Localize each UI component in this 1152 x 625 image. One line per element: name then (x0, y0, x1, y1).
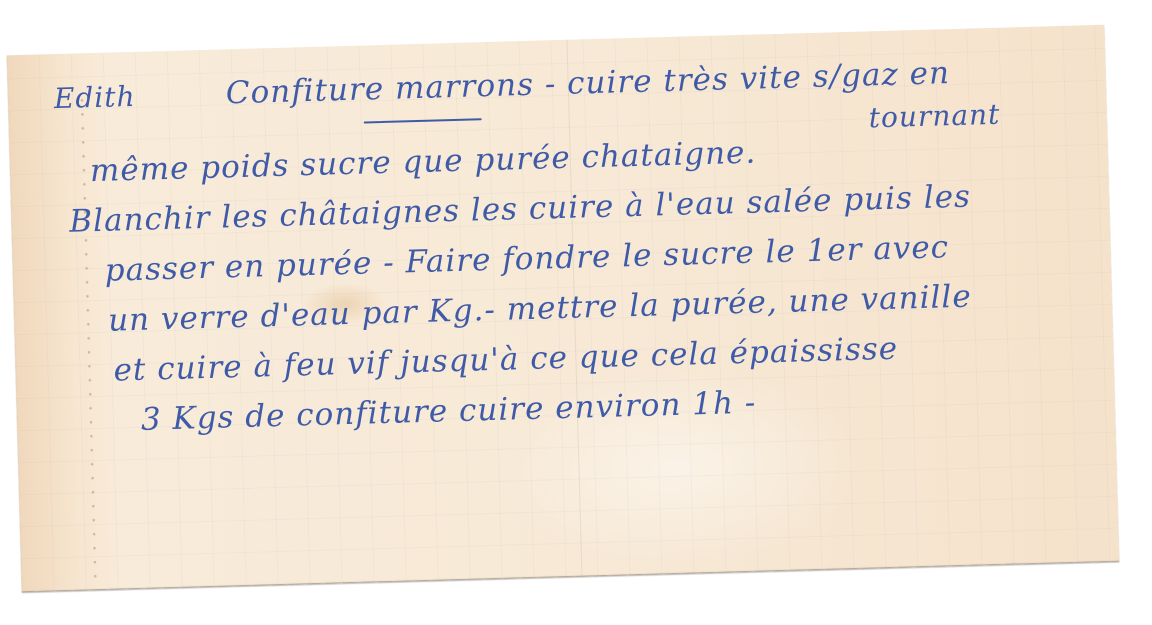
recipe-card: Edith Confiture marrons - cuire très vit… (7, 25, 1120, 592)
margin-note: tournant (868, 98, 1000, 135)
signature: Edith (53, 80, 135, 115)
